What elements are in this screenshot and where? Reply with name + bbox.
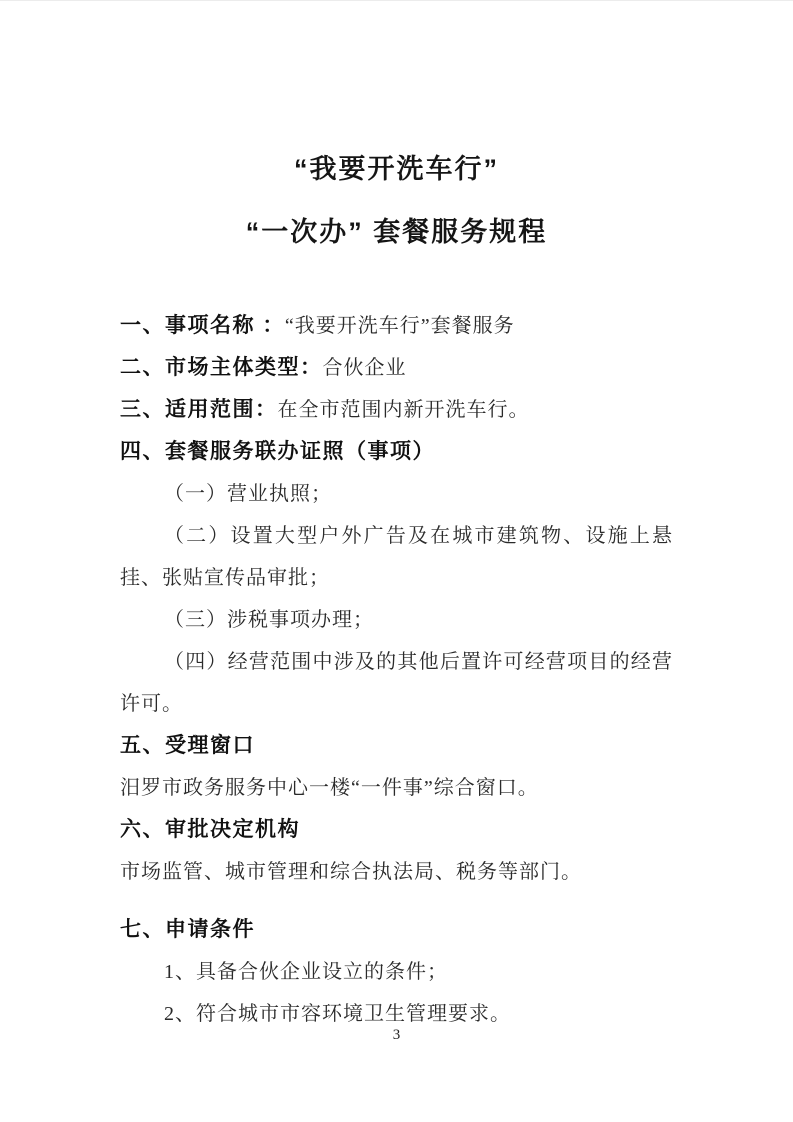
paragraph: （一）营业执照； xyxy=(120,473,673,515)
paragraph: （二）设置大型户外广告及在城市建筑物、设施上悬挂、张贴宣传品审批； xyxy=(120,515,673,599)
section-heading: 五、受理窗口 xyxy=(120,725,673,767)
document-title-line2: “一次办” 套餐服务规程 xyxy=(120,213,673,251)
document-body: 一、事项名称 ：“我要开洗车行”套餐服务二、市场主体类型：合伙企业三、适用范围：… xyxy=(120,305,673,1035)
section-value: “我要开洗车行”套餐服务 xyxy=(285,315,515,337)
section-line: 一、事项名称 ：“我要开洗车行”套餐服务 xyxy=(120,305,673,347)
page-number: 3 xyxy=(0,1025,793,1045)
document-title-line1: “我要开洗车行” xyxy=(120,150,673,188)
document-content: “我要开洗车行” “一次办” 套餐服务规程 一、事项名称 ：“我要开洗车行”套餐… xyxy=(120,150,673,1035)
section-value: 合伙企业 xyxy=(323,357,407,379)
section-line: 二、市场主体类型：合伙企业 xyxy=(120,347,673,389)
paragraph: （三）涉税事项办理； xyxy=(120,599,673,641)
section-heading: 四、套餐服务联办证照（事项） xyxy=(120,431,673,473)
section-heading: 七、申请条件 xyxy=(120,909,673,951)
section-heading-inline: 一、事项名称 ： xyxy=(120,314,285,337)
section-heading-inline: 三、适用范围： xyxy=(120,398,278,421)
paragraph: （四）经营范围中涉及的其他后置许可经营项目的经营许可。 xyxy=(120,641,673,725)
section-value: 在全市范围内新开洗车行。 xyxy=(278,399,530,421)
section-line: 三、适用范围：在全市范围内新开洗车行。 xyxy=(120,389,673,431)
paragraph: 汨罗市政务服务中心一楼“一件事”综合窗口。 xyxy=(120,767,673,809)
paragraph: 1、具备合伙企业设立的条件； xyxy=(120,951,673,993)
section-heading-inline: 二、市场主体类型： xyxy=(120,356,323,379)
document-page: “我要开洗车行” “一次办” 套餐服务规程 一、事项名称 ：“我要开洗车行”套餐… xyxy=(0,0,793,1122)
section-heading: 六、审批决定机构 xyxy=(120,809,673,851)
paragraph: 市场监管、城市管理和综合执法局、税务等部门。 xyxy=(120,851,673,893)
